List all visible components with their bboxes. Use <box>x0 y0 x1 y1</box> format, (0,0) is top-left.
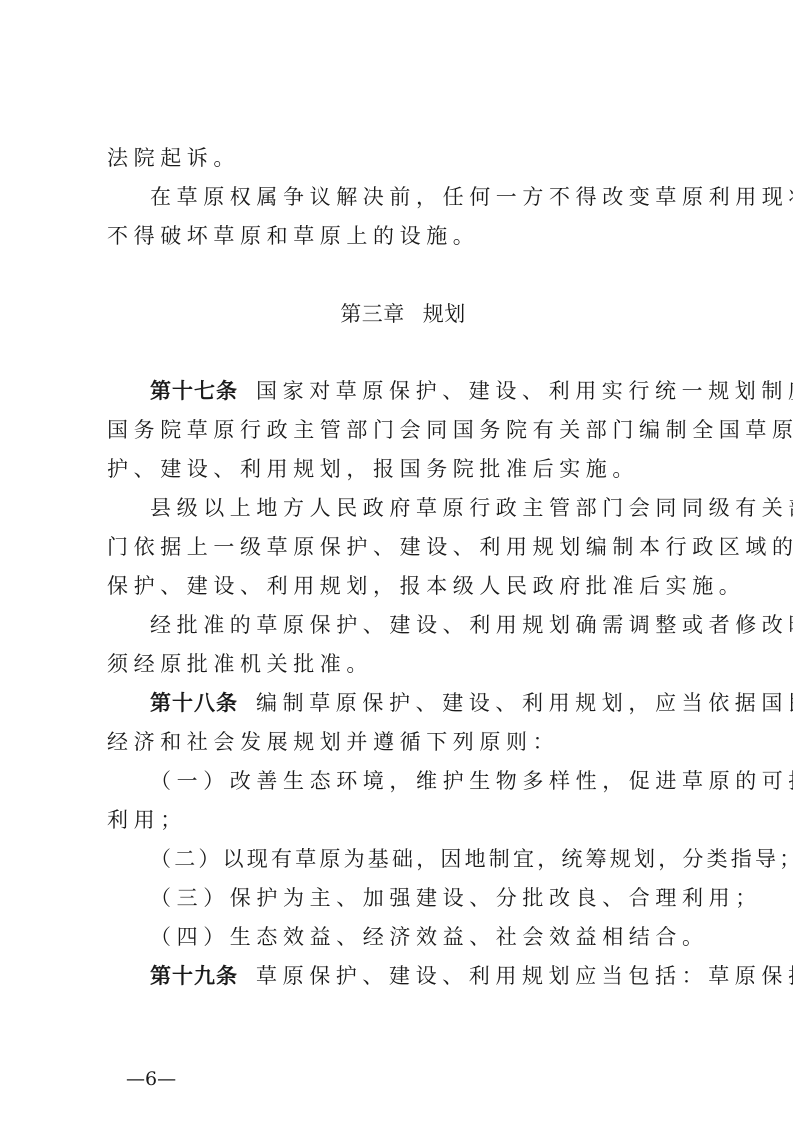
chapter-number: 第三章 <box>340 302 405 326</box>
article-19-first-line: 第十九条草原保护、建设、利用规划应当包括：草原保护、 <box>107 962 742 990</box>
paragraph-line: 不得破坏草原和草原上的设施。 <box>107 222 699 250</box>
paragraph-line: 门依据上一级草原保护、建设、利用规划编制本行政区域的草原 <box>107 533 699 561</box>
article-17-first-line: 第十七条国家对草原保护、建设、利用实行统一规划制度。 <box>107 377 742 405</box>
article-text: 草原保护、建设、利用规划应当包括：草原保护、 <box>256 964 793 988</box>
paragraph-line: 保护、建设、利用规划，报本级人民政府批准后实施。 <box>107 572 699 600</box>
paragraph-line: 在草原权属争议解决前，任何一方不得改变草原利用现状， <box>107 183 742 211</box>
paragraph-line: 护、建设、利用规划，报国务院批准后实施。 <box>107 455 699 483</box>
article-label: 第十七条 <box>150 379 238 403</box>
paragraph-line: 县级以上地方人民政府草原行政主管部门会同同级有关部 <box>107 494 742 522</box>
chapter-heading: 第三章规划 <box>107 300 699 328</box>
paragraph-line: 经批准的草原保护、建设、利用规划确需调整或者修改时， <box>107 611 742 639</box>
article-18-first-line: 第十八条编制草原保护、建设、利用规划，应当依据国民 <box>107 689 742 717</box>
article-label: 第十九条 <box>150 964 238 988</box>
paragraph-line: 法院起诉。 <box>107 144 699 172</box>
list-item-line: （三）保护为主、加强建设、分批改良、合理利用； <box>107 884 742 912</box>
article-text: 国家对草原保护、建设、利用实行统一规划制度。 <box>256 379 793 403</box>
list-item-line: （四）生态效益、经济效益、社会效益相结合。 <box>107 923 742 951</box>
paragraph-line: 国务院草原行政主管部门会同国务院有关部门编制全国草原保 <box>107 416 699 444</box>
chapter-title: 规划 <box>423 302 466 326</box>
paragraph-line: 经济和社会发展规划并遵循下列原则： <box>107 728 699 756</box>
article-label: 第十八条 <box>150 691 238 715</box>
list-item-line: （一）改善生态环境，维护生物多样性，促进草原的可持续 <box>107 767 742 795</box>
list-item-line: 利用； <box>107 806 699 834</box>
list-item-line: （二）以现有草原为基础，因地制宜，统筹规划，分类指导； <box>107 845 742 873</box>
article-text: 编制草原保护、建设、利用规划，应当依据国民 <box>256 691 793 715</box>
page-number: —6— <box>126 1068 176 1090</box>
paragraph-line: 须经原批准机关批准。 <box>107 650 699 678</box>
